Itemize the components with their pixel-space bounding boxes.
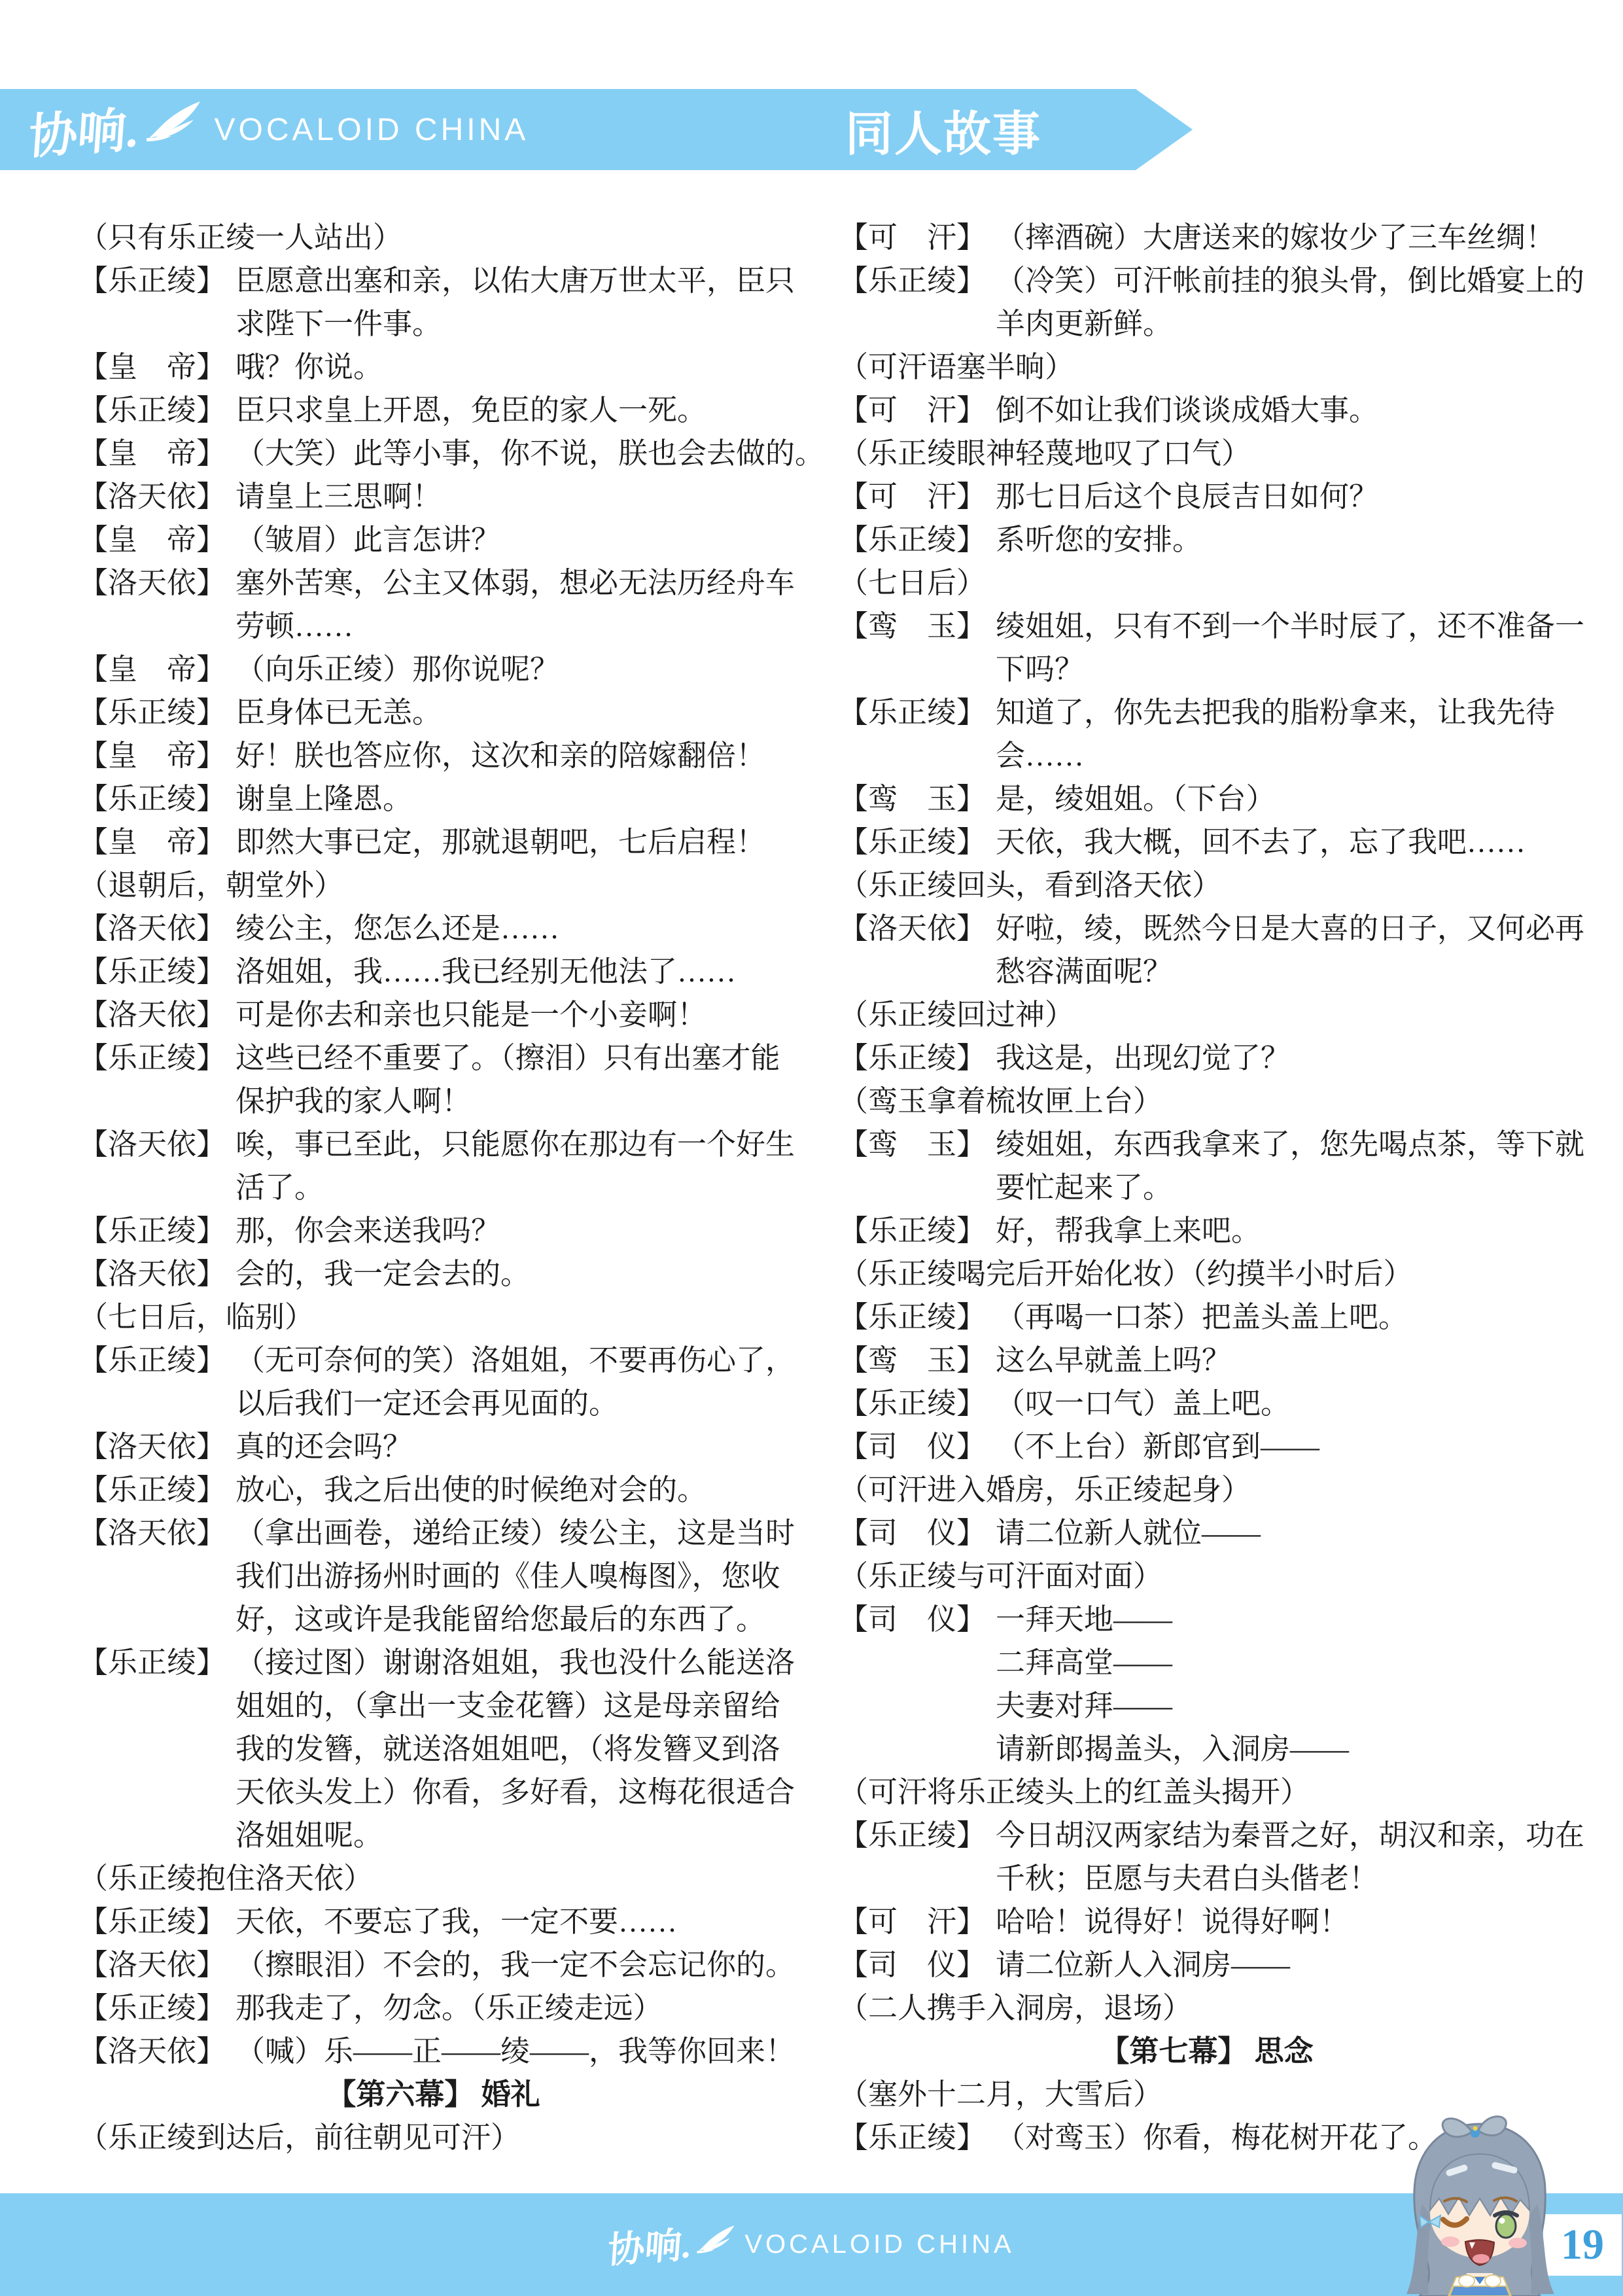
stage-direction: （七日后） [839, 561, 1575, 605]
script-line: 【洛天依】绫公主，您怎么还是…… [79, 907, 788, 950]
script-line: 【洛天依】（喊）乐——正——绫——，我等你回来！ [79, 2030, 788, 2073]
speaker-label: 【乐正绫】 [79, 389, 236, 432]
script-line: 【乐正绫】系听您的安排。 [839, 518, 1575, 561]
dialogue-continuation: 羊肉更新鲜。 [839, 302, 1575, 345]
dialogue-text: 请二位新人就位—— [996, 1511, 1261, 1555]
script-line: 【洛天依】可是你去和亲也只能是一个小妾啊！ [79, 993, 788, 1036]
speaker-label: 【司 仪】 [839, 1511, 996, 1555]
dialogue-text: 会的，我一定会去的。 [236, 1252, 530, 1296]
stage-direction: （塞外十二月，大雪后） [839, 2073, 1575, 2116]
speaker-label: 【乐正绫】 [79, 950, 236, 993]
script-body: （只有乐正绫一人站出）【乐正绫】臣愿意出塞和亲，以佑大唐万世太平，臣只求陛下一件… [79, 216, 1575, 2159]
vocaloid-china-logo: 协响. VOCALOID CHINA [29, 89, 529, 170]
dialogue-text: 绫姐姐，只有不到一个半时辰了，还不准备一 [996, 605, 1584, 648]
speaker-label: 【乐正绫】 [79, 1209, 236, 1252]
wing-icon [145, 100, 201, 142]
dialogue-text: 好啦，绫，既然今日是大喜的日子，又何必再 [996, 907, 1584, 950]
stage-direction: （退朝后，朝堂外） [79, 864, 788, 907]
dialogue-text: （不上台）新郎官到—— [996, 1425, 1319, 1468]
speaker-label: 【可 汗】 [839, 389, 996, 432]
dialogue-continuation: 我的发簪，就送洛姐姐吧，（将发簪叉到洛 [79, 1727, 788, 1771]
script-line: 【乐正绫】谢皇上隆恩。 [79, 777, 788, 821]
script-line: 【乐正绫】天依，我大概，回不去了，忘了我吧…… [839, 821, 1575, 864]
speaker-label: 【乐正绫】 [839, 1036, 996, 1080]
luo-tianyi-chibi-illustration [1388, 2112, 1571, 2296]
speaker-label: 【皇 帝】 [79, 734, 236, 777]
speaker-label: 【乐正绫】 [839, 518, 996, 561]
speaker-label: 【可 汗】 [839, 216, 996, 259]
dialogue-text: （无可奈何的笑）洛姐姐，不要再伤心了， [236, 1339, 795, 1382]
speaker-label: 【洛天依】 [79, 1943, 236, 1987]
stage-direction: （只有乐正绫一人站出） [79, 216, 788, 259]
dialogue-continuation: 会…… [839, 734, 1575, 777]
speaker-label: 【皇 帝】 [79, 518, 236, 561]
dialogue-continuation: 好，这或许是我能留给您最后的东西了。 [79, 1598, 788, 1641]
script-line: 【可 汗】那七日后这个良辰吉日如何？ [839, 475, 1575, 518]
speaker-label: 【洛天依】 [79, 561, 236, 605]
speaker-label: 【乐正绫】 [79, 1339, 236, 1382]
dialogue-text: （叹一口气）盖上吧。 [996, 1382, 1290, 1425]
dialogue-continuation: 愁容满面呢？ [839, 950, 1575, 993]
dialogue-text: 我这是，出现幻觉了？ [996, 1036, 1290, 1080]
speaker-label: 【鸾 玉】 [839, 1123, 996, 1166]
dialogue-continuation: 劳顿…… [79, 605, 788, 648]
dialogue-text: 这些已经不重要了。（擦泪）只有出塞才能 [236, 1036, 780, 1080]
dialogue-text: 放心，我之后出使的时候绝对会的。 [236, 1468, 707, 1511]
script-line: 【乐正绫】（接过图）谢谢洛姐姐，我也没什么能送洛 [79, 1641, 788, 1684]
script-line: 【乐正绫】天依，不要忘了我，一定不要…… [79, 1900, 788, 1943]
dialogue-continuation: 千秋；臣愿与夫君白头偕老！ [839, 1857, 1575, 1900]
dialogue-text: 哦？你说。 [236, 345, 383, 389]
script-line: 【洛天依】（擦眼泪）不会的，我一定不会忘记你的。 [79, 1943, 788, 1987]
dialogue-continuation: 求陛下一件事。 [79, 302, 788, 345]
speaker-label: 【乐正绫】 [79, 1900, 236, 1943]
dialogue-text: 洛姐姐，我……我已经别无他法了…… [236, 950, 736, 993]
dialogue-text: 天依，我大概，回不去了，忘了我吧…… [996, 821, 1526, 864]
dialogue-continuation: 活了。 [79, 1166, 788, 1209]
dialogue-continuation: 姐姐的，（拿出一支金花簪）这是母亲留给 [79, 1684, 788, 1727]
dialogue-text: 那，你会来送我吗？ [236, 1209, 500, 1252]
speaker-label: 【鸾 玉】 [839, 777, 996, 821]
logo-script-text: 协响. [606, 2216, 693, 2274]
speaker-label: 【洛天依】 [79, 1123, 236, 1166]
script-line: 【鸾 玉】是，绫姐姐。（下台） [839, 777, 1575, 821]
script-line: 【皇 帝】（向乐正绫）那你说呢？ [79, 648, 788, 691]
dialogue-text: 绫姐姐，东西我拿来了，您先喝点茶，等下就 [996, 1123, 1584, 1166]
speaker-label: 【洛天依】 [79, 993, 236, 1036]
speaker-label: 【可 汗】 [839, 475, 996, 518]
dialogue-text: （擦眼泪）不会的，我一定不会忘记你的。 [236, 1943, 795, 1987]
speaker-label: 【乐正绫】 [79, 777, 236, 821]
dialogue-text: 天依，不要忘了我，一定不要…… [236, 1900, 677, 1943]
logo-script-text: 协响. [27, 91, 141, 168]
magazine-page: 协响. VOCALOID CHINA 同人故事 （只有乐正绫一人站出）【乐正绫】… [0, 0, 1623, 2296]
dialogue-text: （皱眉）此言怎讲？ [236, 518, 500, 561]
script-line: 【洛天依】请皇上三思啊！ [79, 475, 788, 518]
dialogue-text: 臣愿意出塞和亲，以佑大唐万世太平，臣只 [236, 259, 795, 302]
dialogue-text: 真的还会吗？ [236, 1425, 412, 1468]
speaker-label: 【乐正绫】 [79, 691, 236, 734]
speaker-label: 【乐正绫】 [839, 1209, 996, 1252]
script-column-left: （只有乐正绫一人站出）【乐正绫】臣愿意出塞和亲，以佑大唐万世太平，臣只求陛下一件… [79, 216, 788, 2159]
script-line: 【乐正绫】这些已经不重要了。（擦泪）只有出塞才能 [79, 1036, 788, 1080]
speaker-label: 【乐正绫】 [79, 1641, 236, 1684]
logo-wordmark: VOCALOID CHINA [744, 2230, 1014, 2259]
stage-direction: （乐正绫喝完后开始化妆）（约摸半小时后） [839, 1252, 1575, 1296]
logo-wordmark: VOCALOID CHINA [215, 112, 529, 148]
speaker-label: 【乐正绫】 [839, 1814, 996, 1857]
script-line: 【乐正绫】那，你会来送我吗？ [79, 1209, 788, 1252]
script-line: 【乐正绫】放心，我之后出使的时候绝对会的。 [79, 1468, 788, 1511]
dialogue-text: 知道了，你先去把我的脂粉拿来，让我先待 [996, 691, 1555, 734]
speaker-label: 【乐正绫】 [79, 259, 236, 302]
script-line: 【可 汗】哈哈！说得好！说得好啊！ [839, 1900, 1575, 1943]
script-line: 【洛天依】会的，我一定会去的。 [79, 1252, 788, 1296]
speaker-label: 【司 仪】 [839, 1598, 996, 1641]
speaker-label: 【皇 帝】 [79, 345, 236, 389]
dialogue-text: 一拜天地—— [996, 1598, 1172, 1641]
dialogue-text: 请皇上三思啊！ [236, 475, 442, 518]
dialogue-text: （大笑）此等小事，你不说，朕也会去做的。 [236, 432, 824, 475]
dialogue-continuation: 洛姐姐呢。 [79, 1814, 788, 1857]
dialogue-text: 绫公主，您怎么还是…… [236, 907, 559, 950]
stage-direction: （可汗将乐正绫头上的红盖头揭开） [839, 1771, 1575, 1814]
footer-logo: 协响. VOCALOID CHINA [0, 2193, 1623, 2296]
dialogue-text: 那我走了，勿念。（乐正绫走远） [236, 1987, 663, 2030]
dialogue-continuation: 要忙起来了。 [839, 1166, 1575, 1209]
speaker-label: 【洛天依】 [79, 1425, 236, 1468]
script-line: 【皇 帝】哦？你说。 [79, 345, 788, 389]
stage-direction: （七日后，临别） [79, 1296, 788, 1339]
script-line: 【洛天依】塞外苦寒，公主又体弱，想必无法历经舟车 [79, 561, 788, 605]
speaker-label: 【乐正绫】 [839, 821, 996, 864]
dialogue-text: （向乐正绫）那你说呢？ [236, 648, 559, 691]
dialogue-text: 谢皇上隆恩。 [236, 777, 412, 821]
script-line: 【乐正绫】臣身体已无恙。 [79, 691, 788, 734]
stage-direction: （乐正绫回头，看到洛天依） [839, 864, 1575, 907]
scene-title: 【第六幕】 婚礼 [79, 2073, 788, 2116]
speaker-label: 【司 仪】 [839, 1943, 996, 1987]
speaker-label: 【乐正绫】 [839, 2116, 996, 2159]
dialogue-text: 那七日后这个良辰吉日如何？ [996, 475, 1378, 518]
dialogue-continuation: 以后我们一定还会再见面的。 [79, 1382, 788, 1425]
script-line: 【鸾 玉】绫姐姐，东西我拿来了，您先喝点茶，等下就 [839, 1123, 1575, 1166]
dialogue-continuation: 请新郎揭盖头，入洞房—— [839, 1727, 1575, 1771]
dialogue-text: 哈哈！说得好！说得好啊！ [996, 1900, 1349, 1943]
script-line: 【司 仪】一拜天地—— [839, 1598, 1575, 1641]
dialogue-text: 好！朕也答应你，这次和亲的陪嫁翻倍！ [236, 734, 765, 777]
stage-direction: （可汗语塞半晌） [839, 345, 1575, 389]
header-banner: 协响. VOCALOID CHINA 同人故事 [0, 89, 1193, 170]
stage-direction: （乐正绫回过神） [839, 993, 1575, 1036]
speaker-label: 【可 汗】 [839, 1900, 996, 1943]
script-line: 【乐正绫】那我走了，勿念。（乐正绫走远） [79, 1987, 788, 2030]
script-line: 【乐正绫】知道了，你先去把我的脂粉拿来，让我先待 [839, 691, 1575, 734]
dialogue-continuation: 我们出游扬州时画的《佳人嗅梅图》，您收 [79, 1555, 788, 1598]
speaker-label: 【乐正绫】 [839, 1382, 996, 1425]
speaker-label: 【洛天依】 [79, 1511, 236, 1555]
speaker-label: 【司 仪】 [839, 1425, 996, 1468]
speaker-label: 【乐正绫】 [79, 1987, 236, 2030]
speaker-label: 【乐正绫】 [839, 691, 996, 734]
stage-direction: （乐正绫抱住洛天依） [79, 1857, 788, 1900]
dialogue-continuation: 下吗？ [839, 648, 1575, 691]
dialogue-text: 可是你去和亲也只能是一个小妾啊！ [236, 993, 707, 1036]
dialogue-continuation: 夫妻对拜—— [839, 1684, 1575, 1727]
dialogue-text: （摔酒碗）大唐送来的嫁妆少了三车丝绸！ [996, 216, 1555, 259]
speaker-label: 【乐正绫】 [79, 1036, 236, 1080]
script-line: 【司 仪】请二位新人入洞房—— [839, 1943, 1575, 1987]
script-line: 【鸾 玉】这么早就盖上吗？ [839, 1339, 1575, 1382]
dialogue-text: 唉，事已至此，只能愿你在那边有一个好生 [236, 1123, 795, 1166]
script-line: 【乐正绫】（无可奈何的笑）洛姐姐，不要再伤心了， [79, 1339, 788, 1382]
speaker-label: 【洛天依】 [79, 907, 236, 950]
dialogue-text: 臣只求皇上开恩，免臣的家人一死。 [236, 389, 707, 432]
scene-title: 【第七幕】 思念 [839, 2030, 1575, 2073]
script-line: 【乐正绫】洛姐姐，我……我已经别无他法了…… [79, 950, 788, 993]
script-line: 【司 仪】请二位新人就位—— [839, 1511, 1575, 1555]
dialogue-continuation: 天依头发上）你看，多好看，这梅花很适合 [79, 1771, 788, 1814]
speaker-label: 【乐正绫】 [839, 1296, 996, 1339]
dialogue-continuation: 保护我的家人啊！ [79, 1080, 788, 1123]
dialogue-text: （对鸾玉）你看，梅花树开花了。 [996, 2116, 1437, 2159]
speaker-label: 【洛天依】 [79, 475, 236, 518]
speaker-label: 【皇 帝】 [79, 432, 236, 475]
script-line: 【乐正绫】（冷笑）可汗帐前挂的狼头骨，倒比婚宴上的 [839, 259, 1575, 302]
dialogue-text: （拿出画卷，递给正绫）绫公主，这是当时 [236, 1511, 795, 1555]
dialogue-text: （再喝一口茶）把盖头盖上吧。 [996, 1296, 1408, 1339]
speaker-label: 【乐正绫】 [839, 259, 996, 302]
dialogue-text: （接过图）谢谢洛姐姐，我也没什么能送洛 [236, 1641, 795, 1684]
dialogue-text: 好，帮我拿上来吧。 [996, 1209, 1261, 1252]
script-line: 【乐正绫】好，帮我拿上来吧。 [839, 1209, 1575, 1252]
script-line: 【洛天依】唉，事已至此，只能愿你在那边有一个好生 [79, 1123, 788, 1166]
dialogue-text: （喊）乐——正——绫——，我等你回来！ [236, 2030, 795, 2073]
script-line: 【皇 帝】即然大事已定，那就退朝吧，七后启程！ [79, 821, 788, 864]
speaker-label: 【乐正绫】 [79, 1468, 236, 1511]
script-line: 【洛天依】（拿出画卷，递给正绫）绫公主，这是当时 [79, 1511, 788, 1555]
speaker-label: 【鸾 玉】 [839, 605, 996, 648]
dialogue-continuation: 二拜高堂—— [839, 1641, 1575, 1684]
dialogue-text: 系听您的安排。 [996, 518, 1202, 561]
dialogue-text: （冷笑）可汗帐前挂的狼头骨，倒比婚宴上的 [996, 259, 1584, 302]
script-line: 【乐正绫】臣愿意出塞和亲，以佑大唐万世太平，臣只 [79, 259, 788, 302]
script-line: 【鸾 玉】绫姐姐，只有不到一个半时辰了，还不准备一 [839, 605, 1575, 648]
script-line: 【皇 帝】（皱眉）此言怎讲？ [79, 518, 788, 561]
speaker-label: 【鸾 玉】 [839, 1339, 996, 1382]
stage-direction: （乐正绫与可汗面对面） [839, 1555, 1575, 1598]
speaker-label: 【皇 帝】 [79, 648, 236, 691]
script-line: 【乐正绫】今日胡汉两家结为秦晋之好，胡汉和亲，功在 [839, 1814, 1575, 1857]
stage-direction: （乐正绫到达后，前往朝见可汗） [79, 2116, 788, 2159]
script-column-right: 【可 汗】（摔酒碗）大唐送来的嫁妆少了三车丝绸！【乐正绫】（冷笑）可汗帐前挂的狼… [839, 216, 1575, 2159]
speaker-label: 【洛天依】 [79, 1252, 236, 1296]
speaker-label: 【皇 帝】 [79, 821, 236, 864]
dialogue-text: 倒不如让我们谈谈成婚大事。 [996, 389, 1378, 432]
stage-direction: （鸾玉拿着梳妆匣上台） [839, 1080, 1575, 1123]
footer-banner: 协响. VOCALOID CHINA 19 [0, 2193, 1623, 2296]
dialogue-text: 是，绫姐姐。（下台） [996, 777, 1276, 821]
wing-icon [696, 2224, 735, 2254]
script-line: 【乐正绫】（叹一口气）盖上吧。 [839, 1382, 1575, 1425]
stage-direction: （乐正绫眼神轻蔑地叹了口气） [839, 432, 1575, 475]
script-line: 【乐正绫】臣只求皇上开恩，免臣的家人一死。 [79, 389, 788, 432]
script-line: 【可 汗】（摔酒碗）大唐送来的嫁妆少了三车丝绸！ [839, 216, 1575, 259]
script-line: 【洛天依】真的还会吗？ [79, 1425, 788, 1468]
stage-direction: （可汗进入婚房，乐正绫起身） [839, 1468, 1575, 1511]
dialogue-text: 这么早就盖上吗？ [996, 1339, 1231, 1382]
speaker-label: 【洛天依】 [79, 2030, 236, 2073]
script-line: 【司 仪】（不上台）新郎官到—— [839, 1425, 1575, 1468]
dialogue-text: 塞外苦寒，公主又体弱，想必无法历经舟车 [236, 561, 795, 605]
dialogue-text: 请二位新人入洞房—— [996, 1943, 1290, 1987]
script-line: 【可 汗】倒不如让我们谈谈成婚大事。 [839, 389, 1575, 432]
script-line: 【乐正绫】（再喝一口茶）把盖头盖上吧。 [839, 1296, 1575, 1339]
script-line: 【皇 帝】好！朕也答应你，这次和亲的陪嫁翻倍！ [79, 734, 788, 777]
stage-direction: （二人携手入洞房，退场） [839, 1987, 1575, 2030]
script-line: 【乐正绫】我这是，出现幻觉了？ [839, 1036, 1575, 1080]
speaker-label: 【洛天依】 [839, 907, 996, 950]
section-title: 同人故事 [845, 96, 1041, 164]
script-line: 【洛天依】好啦，绫，既然今日是大喜的日子，又何必再 [839, 907, 1575, 950]
dialogue-text: 臣身体已无恙。 [236, 691, 442, 734]
dialogue-text: 即然大事已定，那就退朝吧，七后启程！ [236, 821, 765, 864]
script-line: 【皇 帝】（大笑）此等小事，你不说，朕也会去做的。 [79, 432, 788, 475]
dialogue-text: 今日胡汉两家结为秦晋之好，胡汉和亲，功在 [996, 1814, 1584, 1857]
